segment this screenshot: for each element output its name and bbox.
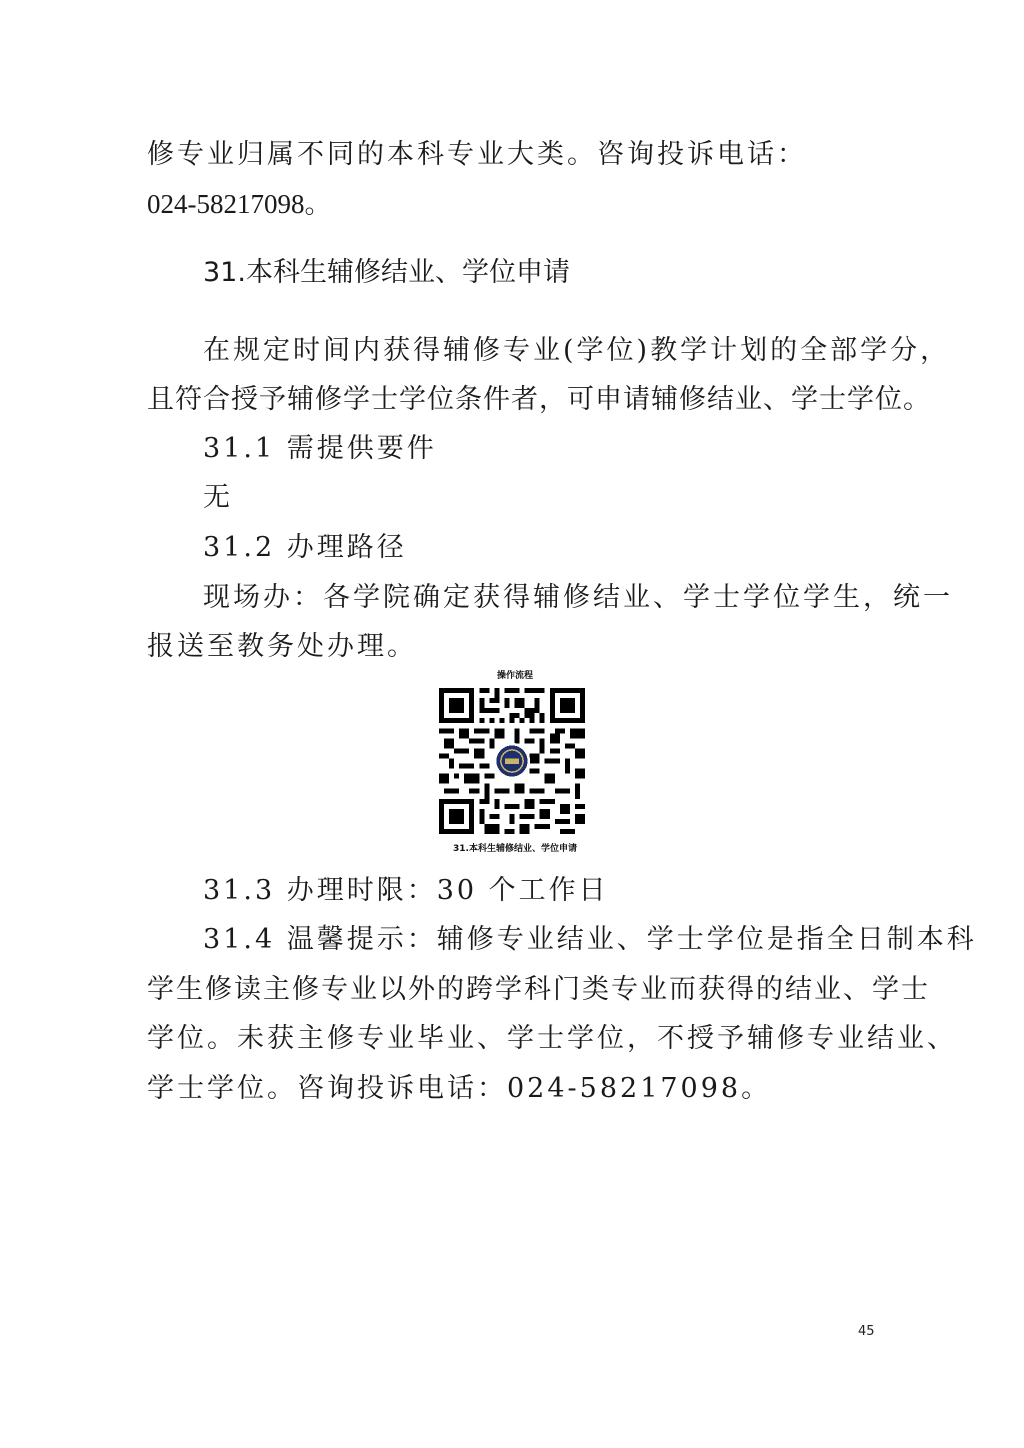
subsection-31-2-body-line-2: 报送至教务处办理。 [147,629,417,665]
subsection-31-2-heading: 31.2 办理路径 [203,530,407,566]
page-number: 45 [858,1324,875,1339]
subsection-31-2-body-line-1: 现场办：各学院确定获得辅修结业、学士学位学生，统一 [203,580,953,616]
subsection-31-3: 31.3 办理时限：30 个工作日 [203,873,609,909]
intro-line-2: 且符合授予辅修学士学位条件者，可申请辅修结业、学士学位。 [147,382,931,418]
qr-title: 操作流程 [425,668,605,681]
qr-code-icon [439,688,585,834]
qr-caption: 31.本科生辅修结业、学位申请 [425,841,605,854]
paragraph-continuation-line-1: 修专业归属不同的本科专业大类。咨询投诉电话： [147,137,807,173]
intro-line-1: 在规定时间内获得辅修专业(学位)教学计划的全部学分， [203,333,950,369]
subsection-31-4-line-2: 学生修读主修专业以外的跨学科门类专业而获得的结业、学士 [147,972,930,1008]
subsection-31-4-line-1: 31.4 温馨提示：辅修专业结业、学士学位是指全日制本科 [203,922,977,958]
section-heading: 31.本科生辅修结业、学位申请 [203,255,570,291]
subsection-31-4-line-4: 学士学位。咨询投诉电话：024-58217098。 [147,1071,771,1107]
subsection-31-1-heading: 31.1 需提供要件 [203,431,437,467]
qr-code-block: 操作流程 [425,664,605,858]
subsection-31-4-line-3: 学位。未获主修专业毕业、学士学位，不授予辅修专业结业、 [147,1021,957,1057]
paragraph-continuation-line-2: 024-58217098。 [147,186,332,222]
subsection-31-1-body: 无 [203,480,233,516]
